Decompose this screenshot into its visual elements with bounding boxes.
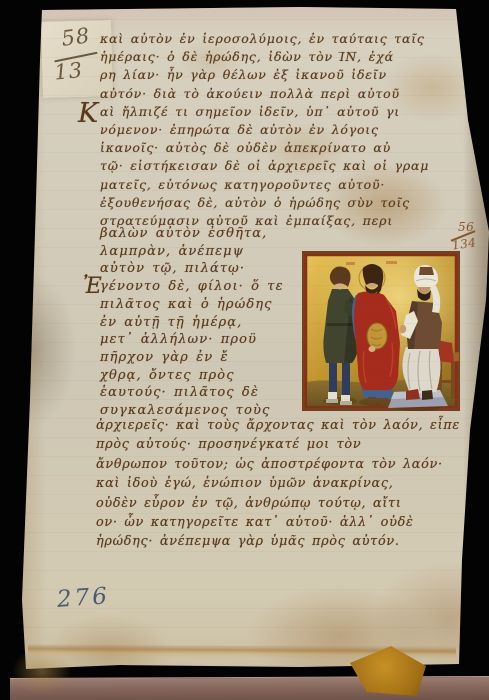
text-line: μετ᾽ ἀλλήλων· προϋ [100,331,300,349]
text-line: αὐτὸν τῷ, πιλάτῳ· [100,260,300,278]
text-line: ἐν αὐτῇ τῇ ἡμέρᾳ, [100,314,300,332]
text-line: πρὸς αὐτούς· προσηνέγκατέ μοι τὸν [96,435,458,454]
drop-cap-initial: Κ [78,100,99,127]
text-block-top: καὶ αὐτὸν ἐν ἱεροσολύμοις, ἐν ταύταις τα… [100,30,454,230]
text-line: πῆρχον γὰρ ἐν ἔ [100,349,300,367]
slip-bottom-number: 13 [53,58,84,85]
text-line: ἐξουθενήσας δὲ, αὐτὸν ὁ ἡρώδης σὺν τοῖς [100,194,454,212]
text-line: ον· ὧν κατηγορεῖτε κατ᾽ αὐτοῦ· ἀλλ᾽ οὐδὲ [96,513,458,532]
text-line: καὶ ἰδοὺ ἐγώ, ἐνώπιον ὑμῶν ἀνακρίνας, [96,474,458,493]
miniature-christ-before-herod [302,251,460,411]
corner-stain [12,648,72,694]
text-line: βαλὼν αὐτὸν ἐσθῆτα, [100,225,300,243]
text-line: ἄνθρωπον τοῦτον; ὡς ἀποστρέφοντα τὸν λαό… [96,455,458,474]
text-line: ἑαυτούς· πιλᾶτος δὲ [100,384,300,402]
text-line: Ἐγένοντο δὲ, φίλοι· ὅ τε [100,278,300,296]
inscription-mark [346,262,355,265]
text-line: πιλᾶτος καὶ ὁ ἡρώδης [100,296,300,314]
text-line: ἱκανοῖς· αὐτὸς δὲ οὐδὲν ἀπεκρίνατο αὐ [100,139,454,157]
text-line: Καὶ ἤλπιζέ τι σημεῖον ἰδεῖν, ὑπ᾽ αὐτοῦ γ… [100,103,454,121]
text-line: ματεῖς, εὐτόνως κατηγοροῦντες αὐτοῦ· [100,176,454,194]
text-line: καὶ αὐτὸν ἐν ἱεροσολύμοις, ἐν ταύταις τα… [100,30,454,48]
text-block-bottom: ἀρχιερεῖς· καὶ τοὺς ἄρχοντας καὶ τὸν λαό… [96,416,458,552]
text-line: αὐτόν· διὰ τὸ ἀκούειν πολλὰ περὶ αὐτοῦ [100,85,454,103]
drop-cap-initial: Ἐ [83,276,103,298]
text-line: ἡμέραις· ὁ δὲ ἡρώδης, ἰδὼν τὸν Ι̅Ν̅, ἐχά [100,48,454,66]
slip-top-number: 58 [60,23,92,51]
text-line: οὐδὲν εὗρον ἐν τῷ, ἀνθρώπῳ τούτῳ, αἴτι [96,494,458,513]
text-block-beside-miniature: βαλὼν αὐτὸν ἐσθῆτα,λαμπρὰν, ἀνέπεμψαὐτὸν… [100,225,300,420]
text-line: χθρᾳ, ὄντες πρὸς [100,367,300,385]
text-line: τῷ· εἱστήκεισαν δὲ οἱ ἀρχιερεῖς καὶ οἱ γ… [100,157,454,175]
text-line: λαμπρὰν, ἀνέπεμψ [100,243,300,261]
manuscript-page: 58 13 56 134 276 καὶ αὐτὸν ἐν ἱεροσολύμο… [0,0,489,700]
text-line: νόμενον· ἐπηρώτα δὲ αὐτὸν ἐν λόγοις [100,121,454,139]
text-line: ἀρχιερεῖς· καὶ τοὺς ἄρχοντας καὶ τὸν λαό… [96,416,458,435]
inscription-mark [386,261,397,264]
folio-number: 276 [56,583,111,613]
text-line: ρη λίαν· ἦν γὰρ θέλων ἐξ ἱκανοῦ ἰδεῖν [100,66,454,84]
photo-frame: 58 13 56 134 276 καὶ αὐτὸν ἐν ἱεροσολύμο… [0,0,489,700]
text-line: ἡρώδης· ἀνέπεμψα γὰρ ὑμᾶς πρὸς αὐτόν. [96,532,458,551]
